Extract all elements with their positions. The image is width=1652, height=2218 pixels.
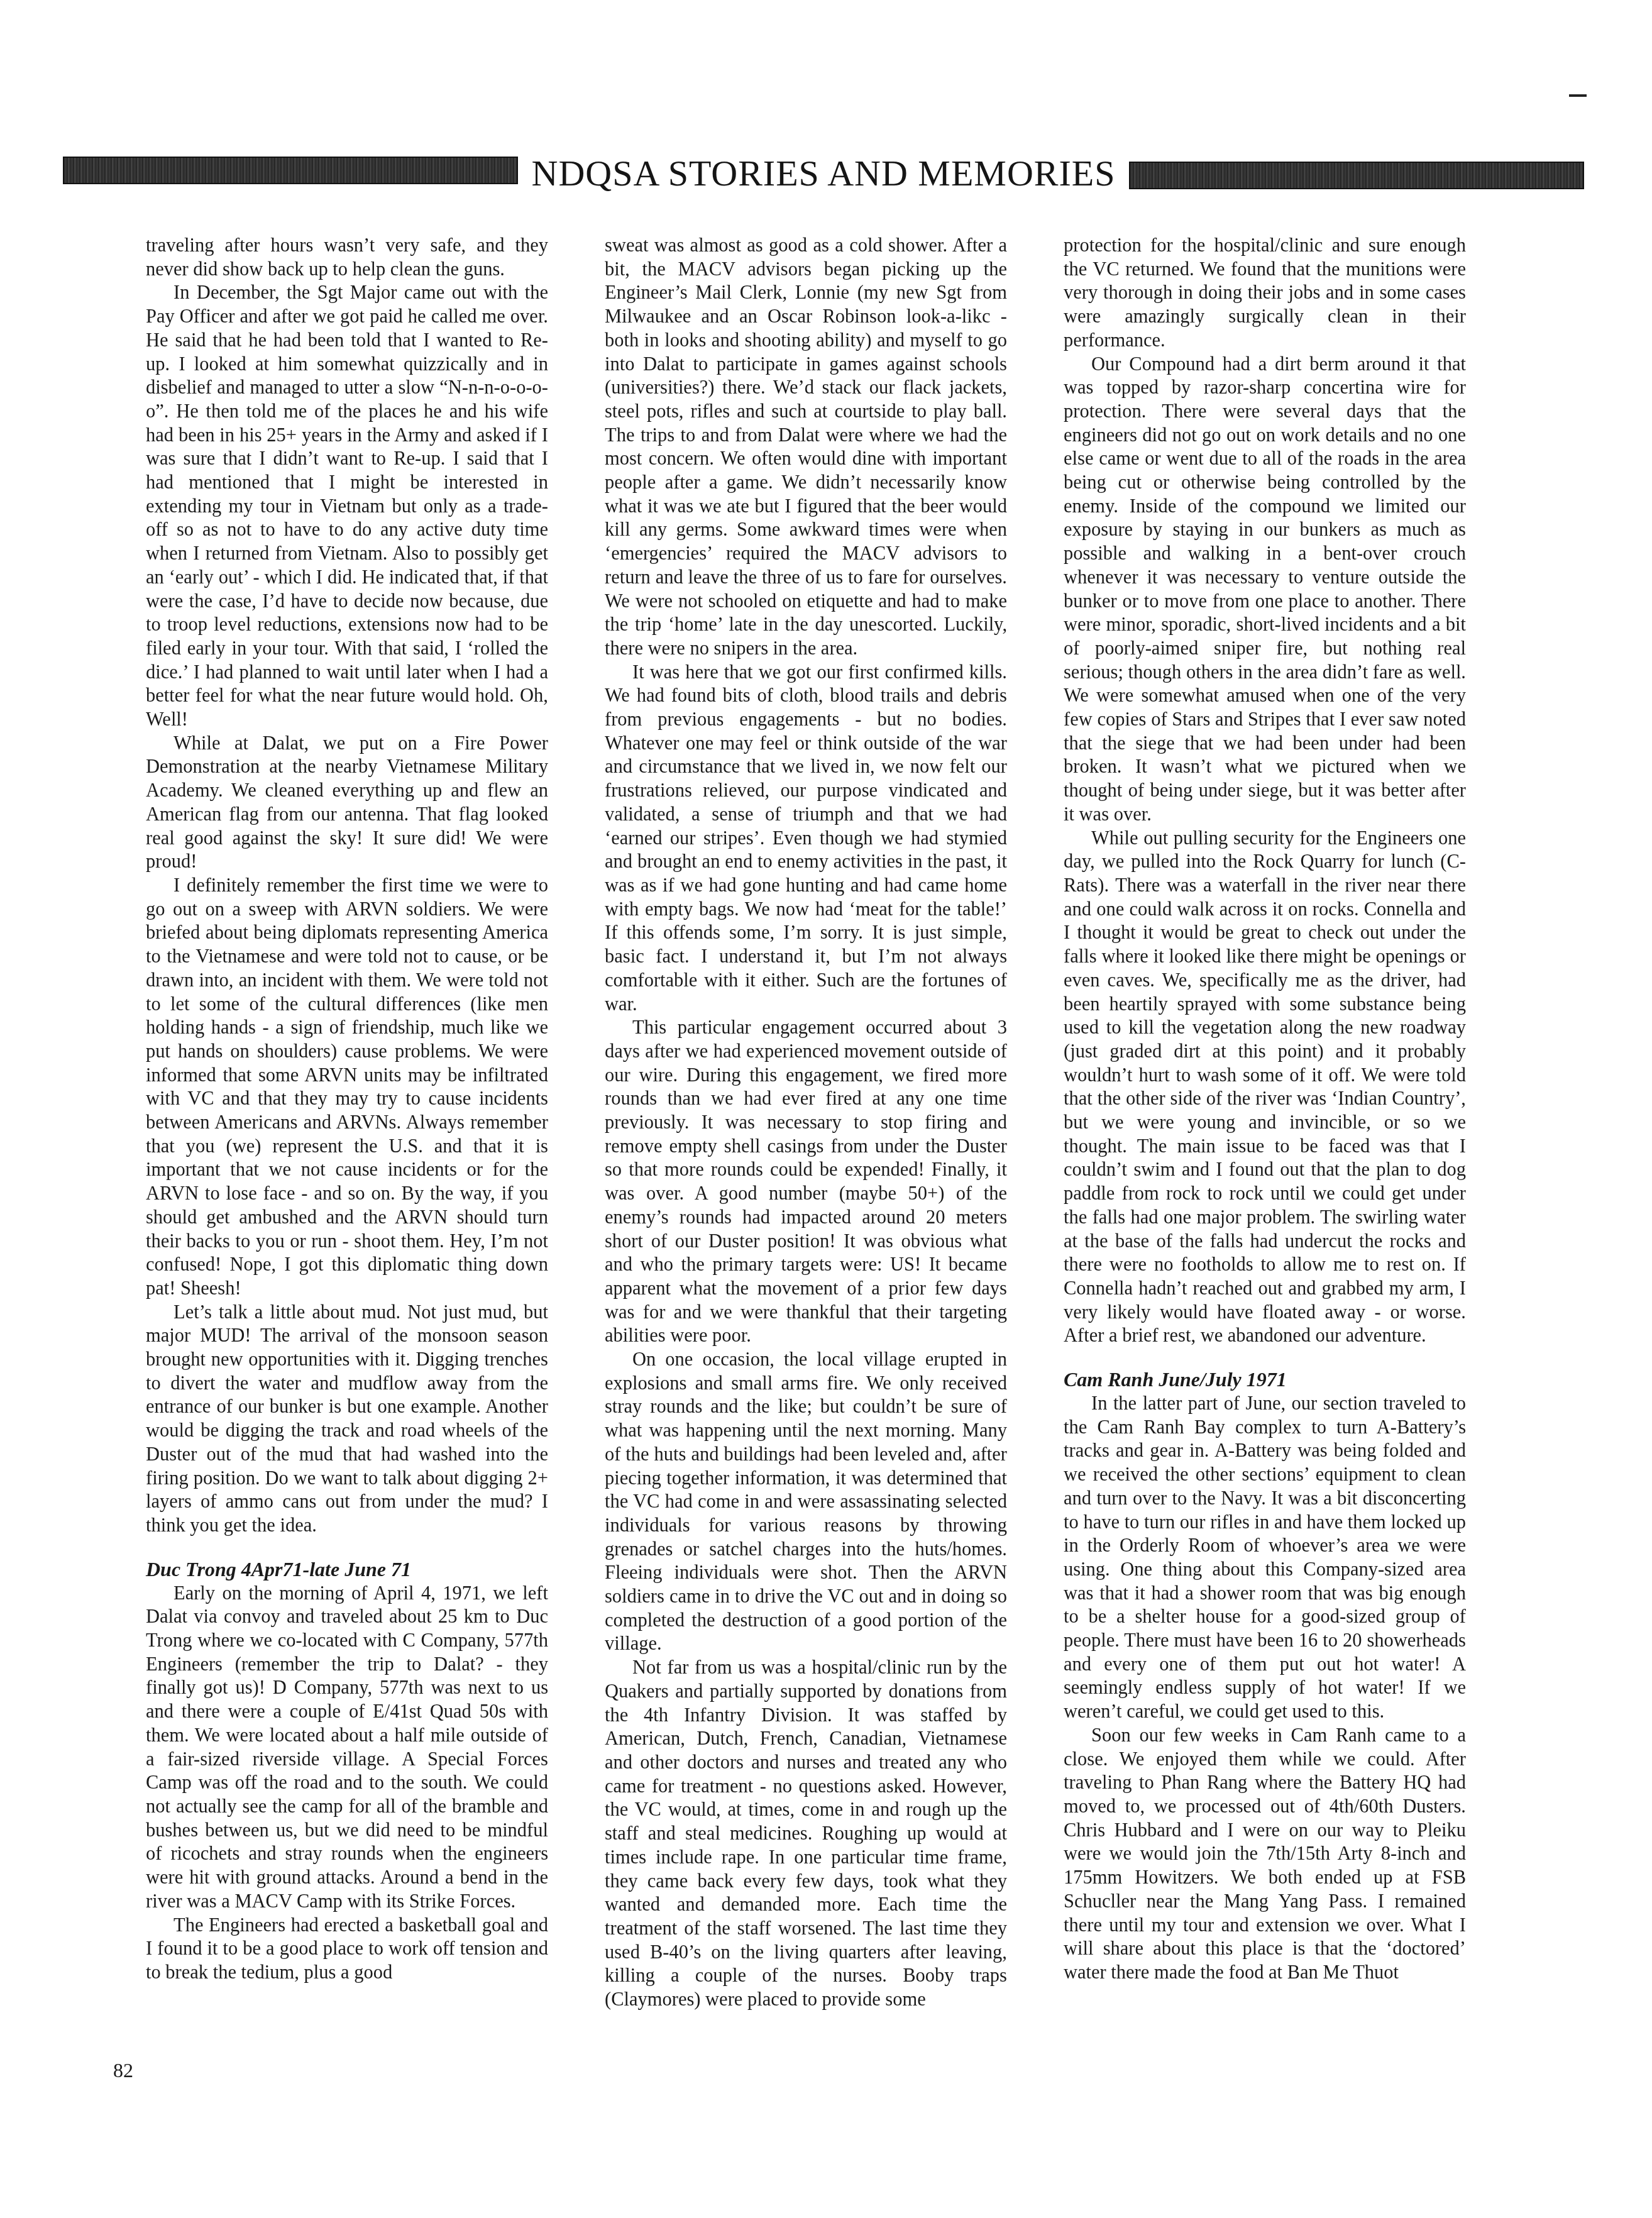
paragraph: It was here that we got our first confir… [605,661,1007,1017]
header-bar-right [1129,162,1584,189]
paragraph: On one occasion, the local village erupt… [605,1348,1007,1656]
paragraph: Let’s talk a little about mud. Not just … [146,1301,548,1538]
column-3: protection for the hospital/clinic and s… [1064,234,1466,2107]
paragraph: Soon our few weeks in Cam Ranh came to a… [1064,1724,1466,1985]
paragraph: This particular engagement occurred abou… [605,1016,1007,1348]
scan-mark [1569,94,1587,97]
section-header: NDQSA STORIES AND MEMORIES [63,151,1584,195]
section-title: NDQSA STORIES AND MEMORIES [532,152,1116,194]
paragraph: Our Compound had a dirt berm around it t… [1064,353,1466,827]
section-heading: Cam Ranh June/July 1971 [1064,1367,1466,1392]
paragraph: Not far from us was a hospital/clinic ru… [605,1656,1007,2012]
column-2: sweat was almost as good as a cold showe… [605,234,1007,2107]
article-body: traveling after hours wasn’t very safe, … [146,234,1516,2107]
paragraph: traveling after hours wasn’t very safe, … [146,234,548,281]
paragraph: The Engineers had erected a basketball g… [146,1914,548,1985]
paragraph: sweat was almost as good as a cold showe… [605,234,1007,661]
paragraph: Early on the morning of April 4, 1971, w… [146,1582,548,1914]
column-1: traveling after hours wasn’t very safe, … [146,234,548,2107]
paragraph: In December, the Sgt Major came out with… [146,281,548,731]
page-number: 82 [113,2059,133,2082]
paragraph: While out pulling security for the Engin… [1064,827,1466,1348]
paragraph: I definitely remember the first time we … [146,874,548,1301]
paragraph: While at Dalat, we put on a Fire Power D… [146,732,548,874]
section-heading: Duc Trong 4Apr71-late June 71 [146,1557,548,1582]
paragraph: In the latter part of June, our section … [1064,1392,1466,1724]
header-bar-left [63,157,518,184]
paragraph: protection for the hospital/clinic and s… [1064,234,1466,353]
